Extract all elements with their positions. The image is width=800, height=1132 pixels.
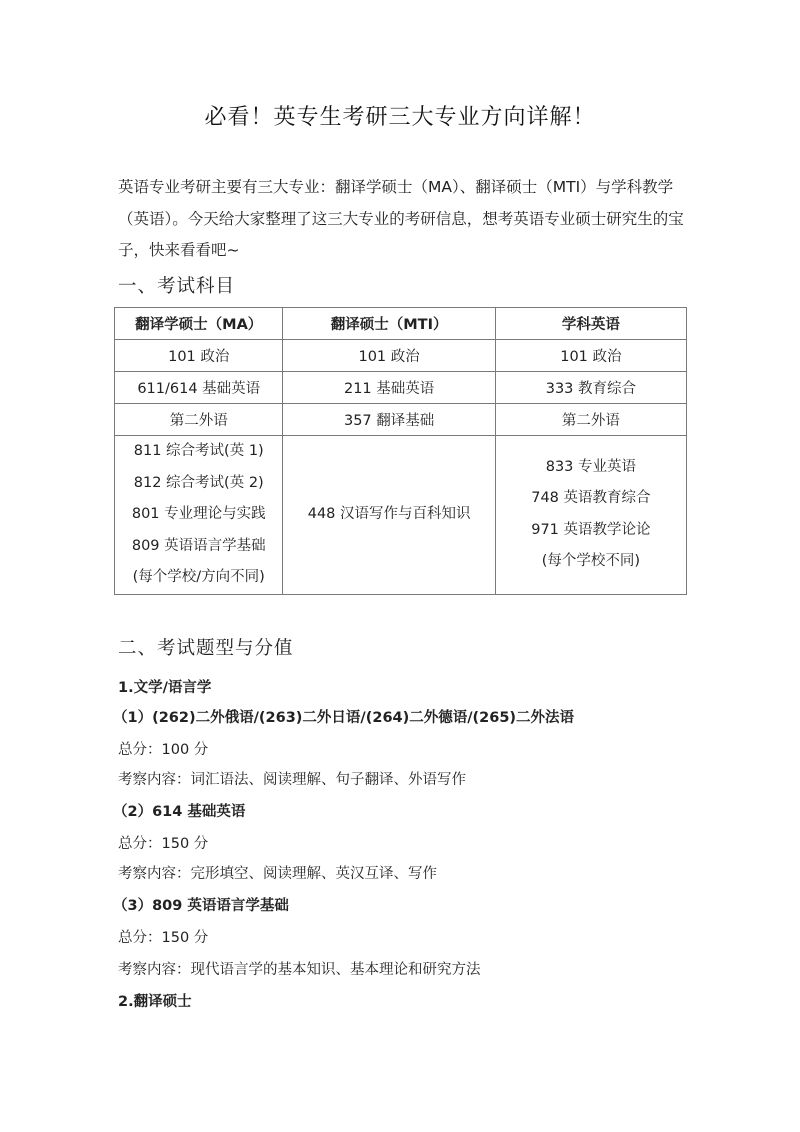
subject-note: (每个学校/方向不同) — [115, 562, 282, 594]
subsection-title-mti: 2.翻译硕士 — [118, 990, 192, 1011]
subject-line: 812 综合考试(英 2) — [115, 468, 282, 500]
table-cell: 101 政治 — [115, 340, 283, 372]
table-cell-subject-english-specialized: 833 专业英语 748 英语教育综合 971 英语教学论论 (每个学校不同) — [495, 436, 686, 595]
exam-subjects-table: 翻译学硕士（MA） 翻译硕士（MTI） 学科英语 101 政治 101 政治 1… — [114, 307, 687, 595]
subject-line: 801 专业理论与实践 — [115, 499, 282, 531]
item-content: 考察内容：词汇语法、阅读理解、句子翻译、外语写作 — [118, 768, 466, 789]
table-cell: 第二外语 — [495, 404, 686, 436]
item-label: （3）809 英语语言学基础 — [113, 894, 289, 915]
section-heading-exam-subjects: 一、考试科目 — [118, 272, 235, 298]
item-score: 总分：150 分 — [118, 832, 208, 853]
item-content: 考察内容：完形填空、阅读理解、英汉互译、写作 — [118, 862, 437, 883]
table-header-subject-english: 学科英语 — [495, 308, 686, 340]
item-content: 考察内容：现代语言学的基本知识、基本理论和研究方法 — [118, 958, 481, 979]
table-cell: 333 教育综合 — [495, 372, 686, 404]
section-heading-exam-format: 二、考试题型与分值 — [118, 634, 294, 660]
table-cell: 357 翻译基础 — [283, 404, 495, 436]
table-cell-ma-specialized: 811 综合考试(英 1) 812 综合考试(英 2) 801 专业理论与实践 … — [115, 436, 283, 595]
table-row: 第二外语 357 翻译基础 第二外语 — [115, 404, 687, 436]
table-row-specialized-subjects: 811 综合考试(英 1) 812 综合考试(英 2) 801 专业理论与实践 … — [115, 436, 687, 595]
subject-line: 748 英语教育综合 — [496, 483, 686, 515]
intro-paragraph: 英语专业考研主要有三大专业：翻译学硕士（MA）、翻译硕士（MTI）与学科教学（英… — [118, 172, 688, 267]
table-cell: 211 基础英语 — [283, 372, 495, 404]
page-title: 必看！英专生考研三大专业方向详解！ — [0, 100, 800, 131]
table-row: 101 政治 101 政治 101 政治 — [115, 340, 687, 372]
subject-line: 811 综合考试(英 1) — [115, 436, 282, 468]
table-cell: 101 政治 — [495, 340, 686, 372]
table-cell-mti-specialized: 448 汉语写作与百科知识 — [283, 436, 495, 595]
subsection-title-literature-linguistics: 1.文学/语言学 — [118, 676, 211, 697]
table-cell: 101 政治 — [283, 340, 495, 372]
table-cell: 611/614 基础英语 — [115, 372, 283, 404]
table-header-ma: 翻译学硕士（MA） — [115, 308, 283, 340]
table-cell: 第二外语 — [115, 404, 283, 436]
item-label: （2）614 基础英语 — [113, 800, 245, 821]
table-row: 611/614 基础英语 211 基础英语 333 教育综合 — [115, 372, 687, 404]
subject-line: 448 汉语写作与百科知识 — [283, 499, 494, 531]
subject-line: 971 英语教学论论 — [496, 515, 686, 547]
subject-line: 809 英语语言学基础 — [115, 531, 282, 563]
table-header-row: 翻译学硕士（MA） 翻译硕士（MTI） 学科英语 — [115, 308, 687, 340]
item-score: 总分：100 分 — [118, 738, 208, 759]
subject-note: (每个学校不同) — [496, 546, 686, 578]
table-header-mti: 翻译硕士（MTI） — [283, 308, 495, 340]
subject-line: 833 专业英语 — [496, 452, 686, 484]
item-score: 总分：150 分 — [118, 926, 208, 947]
item-label: （1）(262)二外俄语/(263)二外日语/(264)二外德语/(265)二外… — [113, 706, 574, 727]
